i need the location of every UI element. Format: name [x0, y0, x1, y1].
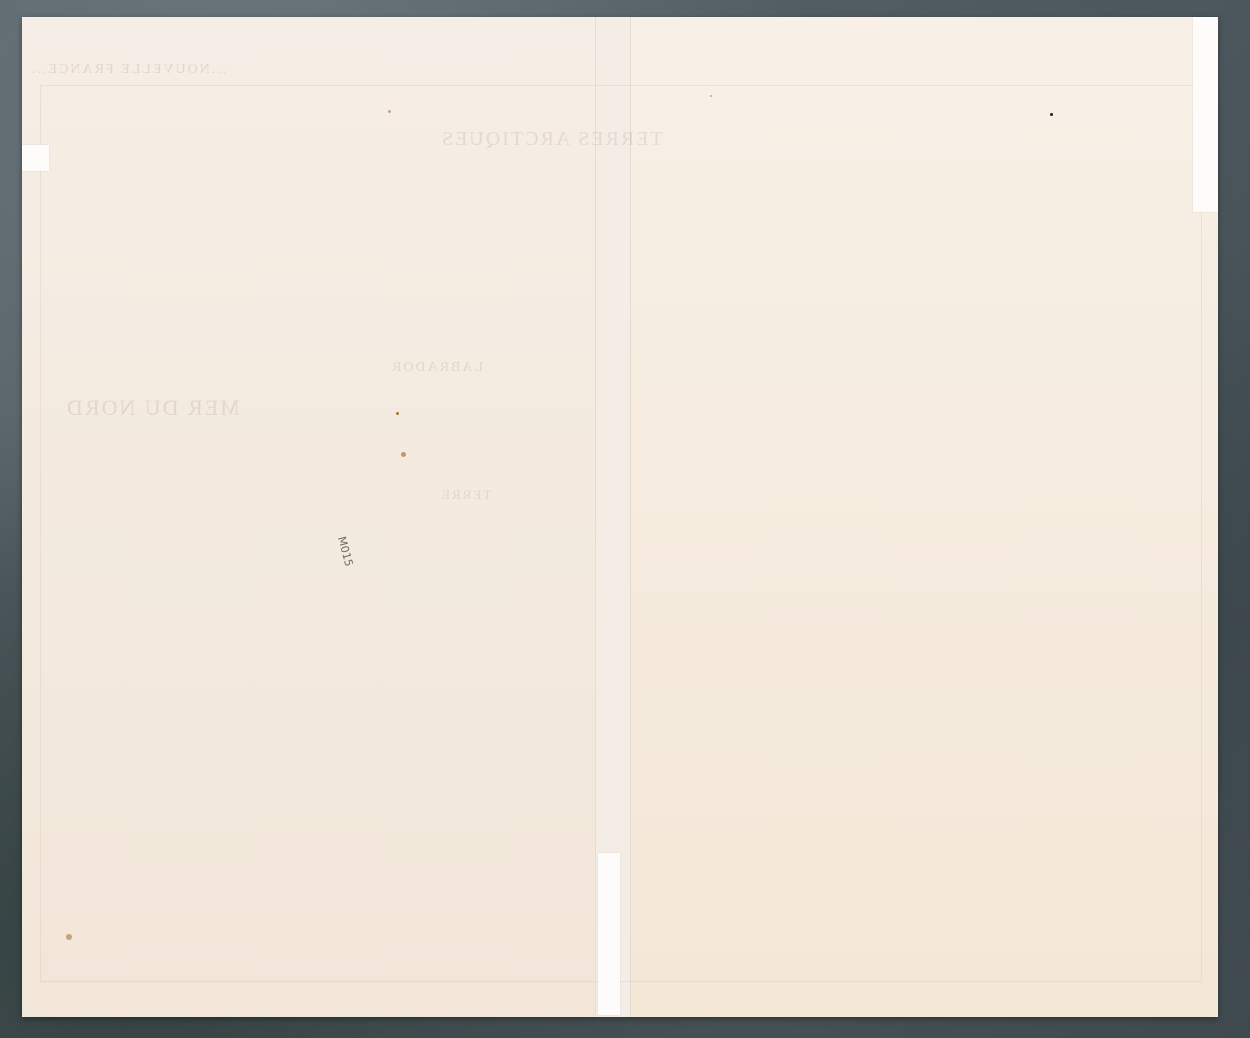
- foxing-spot: [66, 934, 72, 940]
- show-through-label-arctic: TERRES ARCTIQUES: [440, 128, 663, 151]
- tape-strip-center-bottom: [598, 853, 620, 1015]
- foxing-spot: [401, 452, 406, 457]
- show-through-title: ...NOUVELLE FRANCE...: [30, 62, 226, 78]
- show-through-label-labrador: LABRADOR: [390, 360, 483, 376]
- tape-strip-right-top: [1193, 17, 1218, 212]
- tape-strip-left: [22, 145, 49, 171]
- ink-speck: [1050, 113, 1053, 116]
- foxing-spot: [710, 95, 712, 97]
- foxing-spot: [396, 412, 399, 415]
- foxing-spot: [388, 110, 391, 113]
- show-through-label-terre: TERRE: [440, 487, 491, 503]
- plate-mark-border: [40, 85, 1202, 982]
- show-through-label-sea: MER DU NORD: [65, 395, 240, 421]
